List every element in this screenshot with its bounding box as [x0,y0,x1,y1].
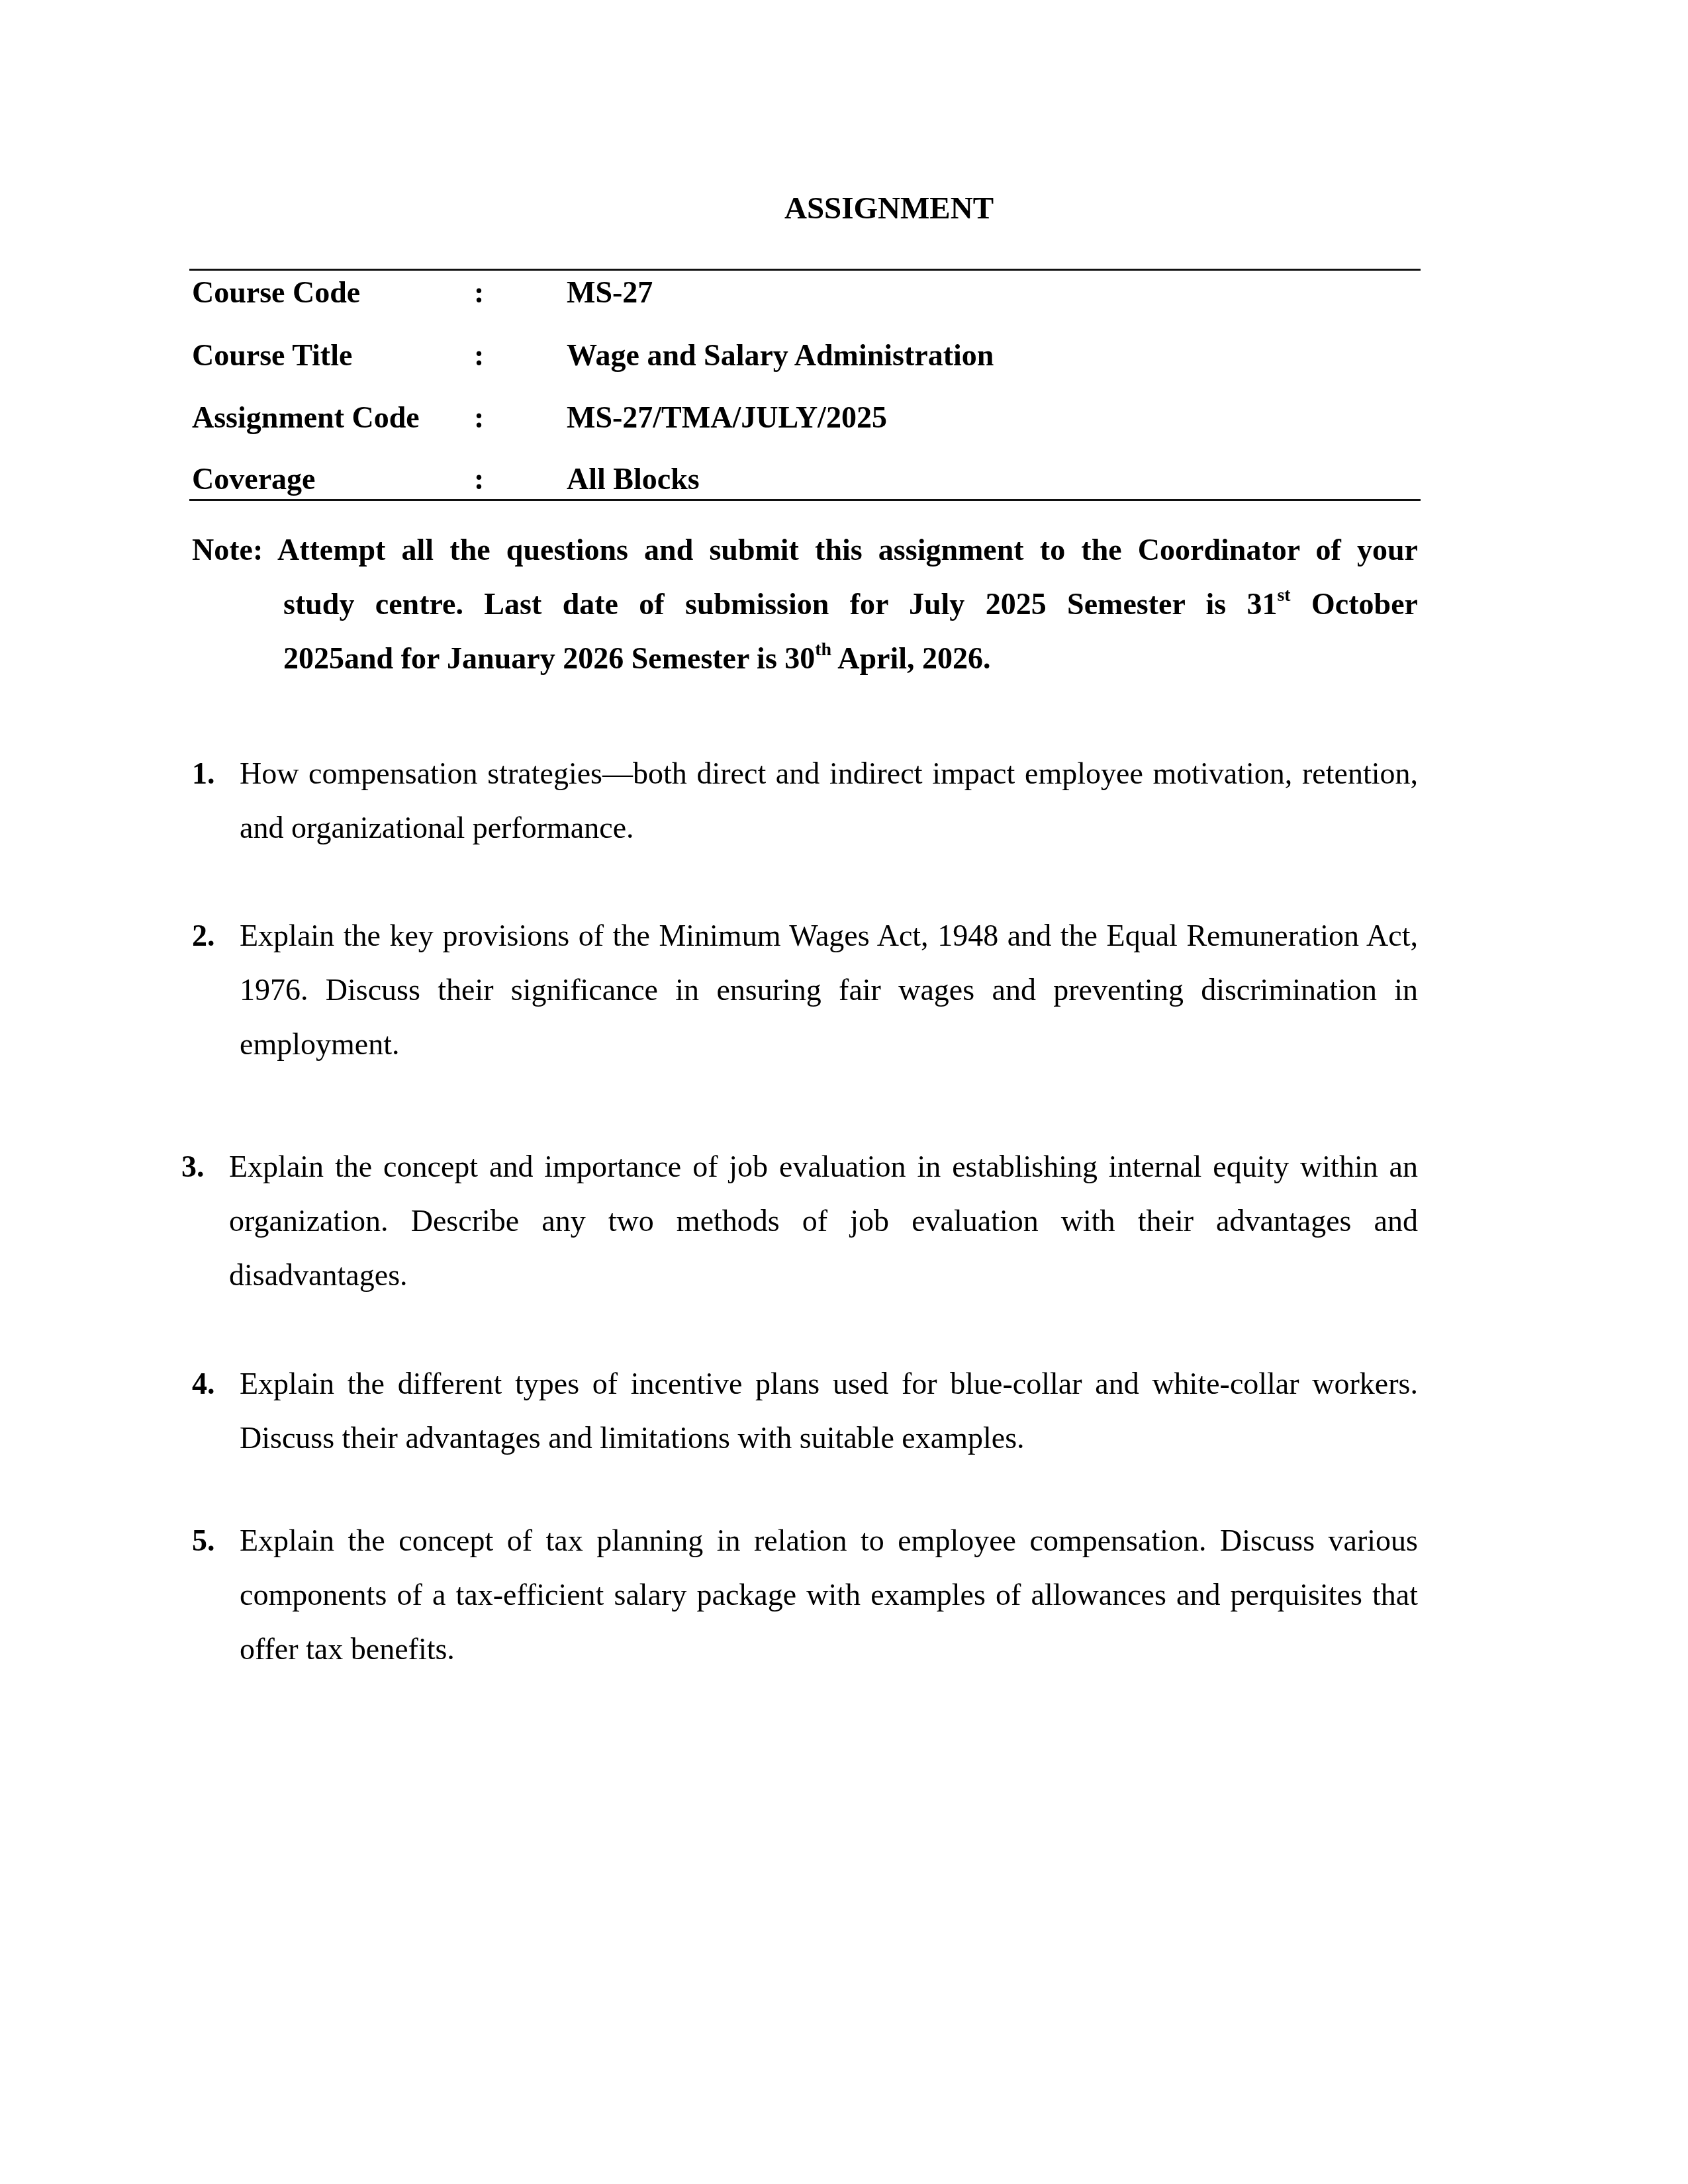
meta-value: MS-27/TMA/JULY/2025 [567,398,887,437]
meta-row-coverage: Coverage : All Blocks [192,459,1417,499]
meta-separator: : [474,336,484,375]
meta-separator: : [474,273,484,312]
meta-label: Course Title [192,336,352,375]
question-1: 1. How compensation strategies—both dire… [192,747,1418,855]
question-number: 1. [192,747,215,801]
question-2: 2. Explain the key provisions of the Min… [192,909,1418,1071]
question-text: Explain the key provisions of the Minimu… [240,909,1418,1071]
question-4: 4. Explain the different types of incent… [192,1357,1418,1465]
meta-value: Wage and Salary Administration [567,336,994,375]
submission-note: Note: Attempt all the questions and subm… [192,523,1418,686]
header-top-rule [189,269,1421,271]
meta-value: All Blocks [567,459,700,499]
ordinal-suffix: th [815,639,831,660]
meta-label: Coverage [192,459,315,499]
question-text: Explain the concept and importance of jo… [229,1140,1418,1302]
meta-row-course-title: Course Title : Wage and Salary Administr… [192,336,1417,375]
question-3: 3. Explain the concept and importance of… [181,1140,1418,1302]
note-line-2: study centre. Last date of submission fo… [192,577,1418,631]
note-text: 2025and for January 2026 Semester is 30 [283,641,815,675]
page-title: ASSIGNMENT [0,191,1688,226]
question-text: Explain the concept of tax planning in r… [240,1514,1418,1676]
meta-row-course-code: Course Code : MS-27 [192,273,1417,312]
meta-label: Course Code [192,273,360,312]
question-number: 4. [192,1357,215,1411]
ordinal-suffix: st [1277,585,1290,606]
note-line-1: Note: Attempt all the questions and subm… [192,523,1418,577]
note-line-3: 2025and for January 2026 Semester is 30t… [192,631,1418,686]
meta-separator: : [474,398,484,437]
question-number: 3. [181,1140,205,1194]
note-text: October [1291,587,1418,621]
note-text: study centre. Last date of submission fo… [283,587,1277,621]
header-bottom-rule [189,499,1421,501]
meta-label: Assignment Code [192,398,420,437]
meta-row-assignment-code: Assignment Code : MS-27/TMA/JULY/2025 [192,398,1417,437]
meta-separator: : [474,459,484,499]
question-number: 2. [192,909,215,963]
question-text: How compensation strategies—both direct … [240,747,1418,855]
question-number: 5. [192,1514,215,1568]
question-5: 5. Explain the concept of tax planning i… [192,1514,1418,1676]
note-text: April, 2026. [831,641,990,675]
question-text: Explain the different types of incentive… [240,1357,1418,1465]
meta-value: MS-27 [567,273,653,312]
